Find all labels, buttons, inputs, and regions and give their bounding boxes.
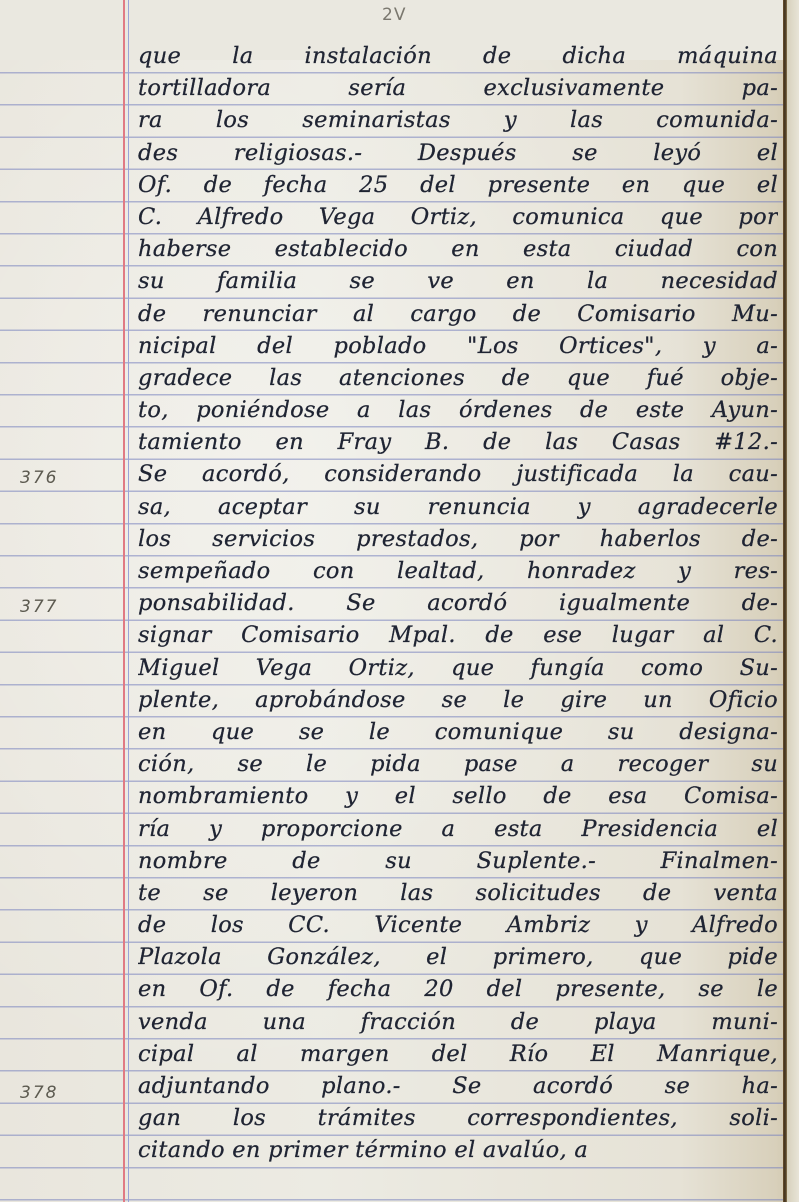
text-line: Of. de fecha 25 del presente en que el	[138, 169, 778, 201]
text-line: nombramiento y el sello de esa Comisa-	[138, 780, 778, 812]
text-line: que la instalación de dicha máquina	[138, 40, 778, 72]
text-line: su familia se ve en la necesidad	[138, 265, 778, 297]
handwritten-minutes-text: que la instalación de dicha máquina tort…	[138, 40, 778, 1167]
red-margin-line	[123, 0, 125, 1202]
margin-note-377: 377	[20, 597, 58, 617]
text-line: te se leyeron las solicitudes de venta	[138, 877, 778, 909]
text-line: Se acordó, considerando justificada la c…	[138, 458, 778, 490]
text-line: nicipal del poblado "Los Ortices", y a-	[138, 330, 778, 362]
text-line: gradece las atenciones de que fué obje-	[138, 362, 778, 394]
text-line: ría y proporcione a esta Presidencia el	[138, 813, 778, 845]
text-line: en Of. de fecha 20 del presente, se le	[138, 973, 778, 1005]
text-line: haberse establecido en esta ciudad con	[138, 233, 778, 265]
adjacent-page-edge	[787, 0, 799, 1202]
text-line: de los CC. Vicente Ambriz y Alfredo	[138, 909, 778, 941]
text-line: Plazola González, el primero, que pide	[138, 941, 778, 973]
text-line: tamiento en Fray B. de las Casas #12.-	[138, 426, 778, 458]
text-line: cipal al margen del Río El Manrique,	[138, 1038, 778, 1070]
text-line: plente, aprobándose se le gire un Oficio	[138, 684, 778, 716]
text-line: de renunciar al cargo de Comisario Mu-	[138, 298, 778, 330]
text-line: venda una fracción de playa muni-	[138, 1006, 778, 1038]
margin-note-376: 376	[20, 468, 58, 488]
text-line: en que se le comunique su designa-	[138, 716, 778, 748]
text-line: des religiosas.- Después se leyó el	[138, 137, 778, 169]
text-line: los servicios prestados, por haberlos de…	[138, 523, 778, 555]
ledger-page: 2V 376 377 378 que la instalación de dic…	[0, 0, 799, 1202]
text-line: signar Comisario Mpal. de ese lugar al C…	[138, 619, 778, 651]
text-line: tortilladora sería exclusivamente pa-	[138, 72, 778, 104]
text-line: ponsabilidad. Se acordó igualmente de-	[138, 587, 778, 619]
text-line: adjuntando plano.- Se acordó se ha-	[138, 1070, 778, 1102]
text-line: ción, se le pida pase a recoger su	[138, 748, 778, 780]
text-line: citando en primer término el avalúo, a	[138, 1134, 778, 1166]
text-line: nombre de su Suplente.- Finalmen-	[138, 845, 778, 877]
page-number: 2V	[382, 5, 406, 25]
text-line: to, poniéndose a las órdenes de este Ayu…	[138, 394, 778, 426]
blue-margin-line	[128, 0, 129, 1202]
text-line: Miguel Vega Ortiz, que fungía como Su-	[138, 652, 778, 684]
margin-note-378: 378	[20, 1083, 58, 1103]
text-line: gan los trámites correspondientes, soli-	[138, 1102, 778, 1134]
text-line: ra los seminaristas y las comunida-	[138, 104, 778, 136]
text-line: sa, aceptar su renuncia y agradecerle	[138, 491, 778, 523]
text-line: sempeñado con lealtad, honradez y res-	[138, 555, 778, 587]
text-line: C. Alfredo Vega Ortiz, comunica que por	[138, 201, 778, 233]
